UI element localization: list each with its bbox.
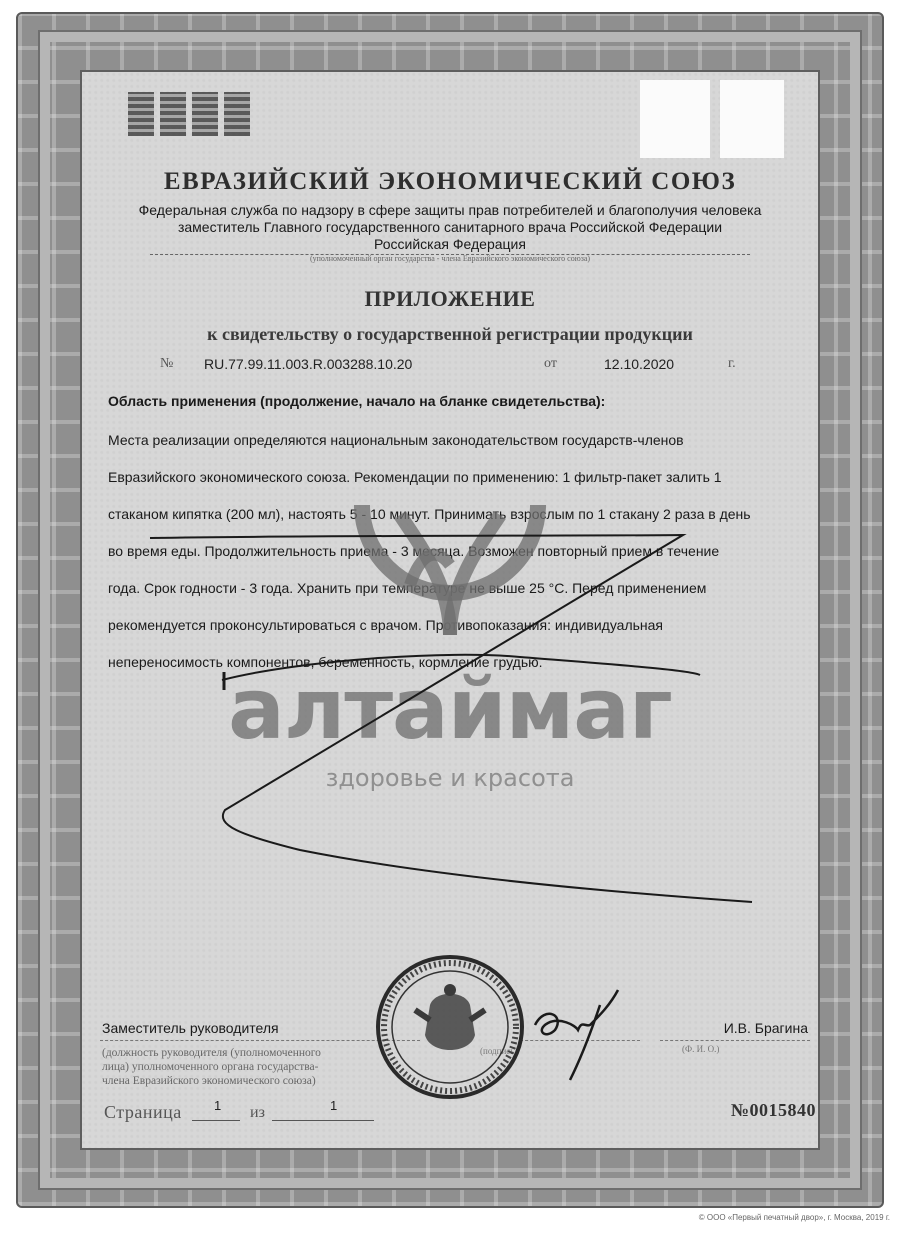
official-seal-icon <box>370 945 540 1105</box>
redacted-box <box>720 80 784 158</box>
signer-name: И.В. Брагина <box>724 1020 808 1036</box>
appendix-subtitle: к свидетельству о государственной регист… <box>80 324 820 345</box>
agency-line: Российская Федерация <box>100 236 800 253</box>
printer-credit: © ООО «Первый печатный двор», г. Москва,… <box>699 1213 890 1222</box>
fio-caption: (Ф. И. О.) <box>682 1044 719 1054</box>
registration-date: 12.10.2020 <box>604 356 674 372</box>
scope-line: Евразийского экономического союза. Реком… <box>108 468 814 487</box>
watermark-logo-icon <box>350 505 550 640</box>
name-underline <box>660 1040 810 1041</box>
agency-block: Федеральная служба по надзору в сфере за… <box>100 202 800 253</box>
agency-line: Федеральная служба по надзору в сфере за… <box>100 202 800 219</box>
page-total: 1 <box>330 1098 337 1113</box>
serial-number: №0015840 <box>731 1100 816 1121</box>
redacted-box <box>640 80 710 158</box>
appendix-title: ПРИЛОЖЕНИЕ <box>80 286 820 312</box>
watermark-tagline: здоровье и красота <box>210 764 690 792</box>
agency-line: заместитель Главного государственного са… <box>100 219 800 236</box>
signer-role: Заместитель руководителя <box>102 1020 279 1036</box>
role-caption: (должность руководителя (уполномоченного… <box>102 1046 402 1088</box>
registration-number: RU.77.99.11.003.R.003288.10.20 <box>204 356 412 372</box>
page-current-underline <box>192 1120 240 1121</box>
agency-caption: (уполномоченный орган государства - член… <box>150 254 750 263</box>
date-label: от <box>544 356 557 372</box>
page-total-underline <box>272 1120 374 1121</box>
year-suffix: г. <box>728 356 736 372</box>
page-label: Страница <box>104 1102 182 1123</box>
signature-scribble-icon <box>520 985 630 1085</box>
scope-line: Места реализации определяются национальн… <box>108 431 814 450</box>
number-label: № <box>160 356 173 372</box>
union-title: ЕВРАЗИЙСКИЙ ЭКОНОМИЧЕСКИЙ СОЮЗ <box>80 168 820 196</box>
watermark-brand: алтаймаг <box>210 660 690 758</box>
page-current: 1 <box>214 1098 221 1113</box>
barcode-marks <box>128 92 268 138</box>
page-of-label: из <box>250 1104 265 1122</box>
scope-heading: Область применения (продолжение, начало … <box>108 393 605 409</box>
